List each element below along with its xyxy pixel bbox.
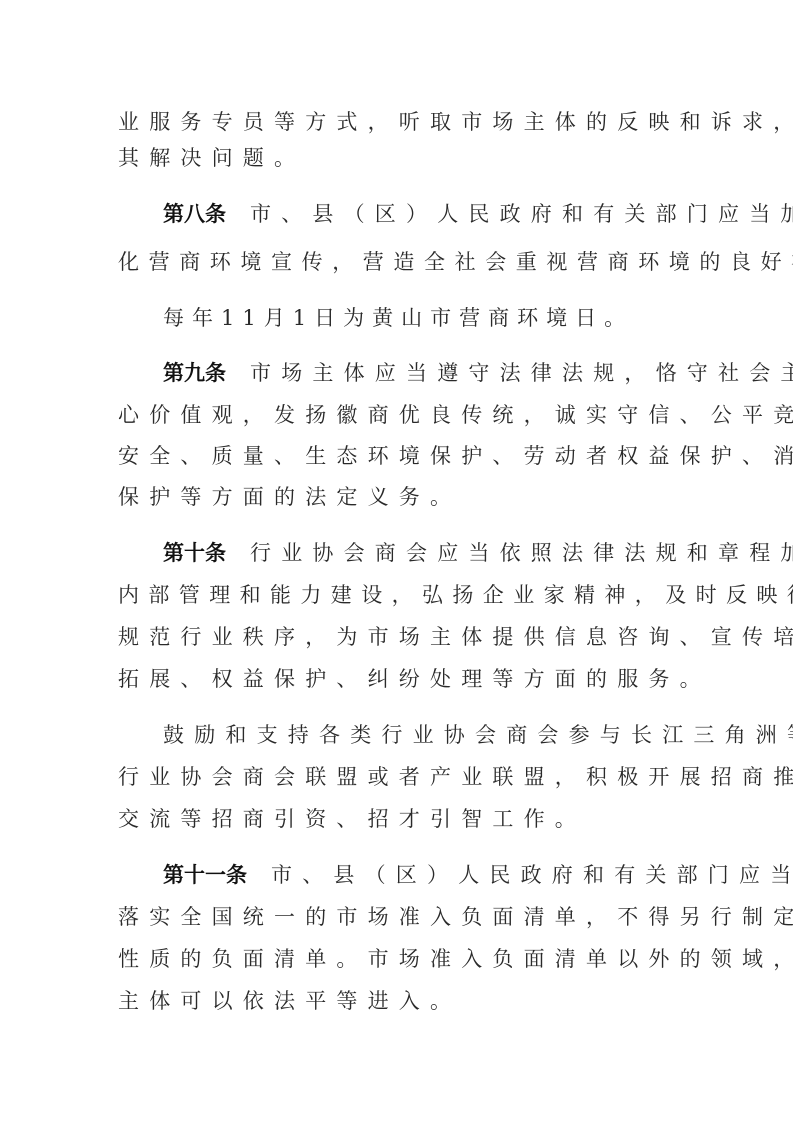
paragraph-line: 性质的负面清单。市场准入负面清单以外的领域，各类市场 [118, 943, 698, 975]
paragraph-line: 心价值观，发扬徽商优良传统，诚实守信、公平竞争，履行 [118, 399, 698, 431]
article-8-line: 第八条市、县（区）人民政府和有关部门应当加强优 [163, 198, 743, 230]
paragraph-line: 其解决问题。 [118, 142, 698, 174]
paragraph-line: 鼓励和支持各类行业协会商会参与长江三角洲等区域 [163, 719, 743, 751]
paragraph-line: 交流等招商引资、招才引智工作。 [118, 803, 698, 835]
article-heading-9: 第九条 [163, 361, 226, 385]
paragraph-line: 安全、质量、生态环境保护、劳动者权益保护、消费者权益 [118, 440, 698, 472]
paragraph-text: 市、县（区）人民政府和有关部门应当严格 [271, 863, 793, 887]
article-heading-8: 第八条 [163, 202, 226, 226]
paragraph-text: 行业协会商会应当依照法律法规和章程加强 [250, 541, 793, 565]
paragraph-text: 市场主体应当遵守法律法规，恪守社会主义核 [250, 361, 793, 385]
article-10-line: 第十条行业协会商会应当依照法律法规和章程加强 [163, 537, 743, 569]
paragraph-line: 业服务专员等方式，听取市场主体的反映和诉求，依法帮助 [118, 106, 698, 138]
document-page: 业服务专员等方式，听取市场主体的反映和诉求，依法帮助 其解决问题。 第八条市、县… [0, 0, 793, 1122]
paragraph-text: 市、县（区）人民政府和有关部门应当加强优 [250, 202, 793, 226]
paragraph-line: 保护等方面的法定义务。 [118, 481, 698, 513]
article-heading-11: 第十一条 [163, 863, 247, 887]
paragraph-line: 行业协会商会联盟或者产业联盟，积极开展招商推介、调研 [118, 761, 698, 793]
paragraph-line: 化营商环境宣传，营造全社会重视营商环境的良好社会生态。 [118, 246, 698, 278]
paragraph-line: 内部管理和能力建设，弘扬企业家精神，及时反映行业诉求， [118, 579, 698, 611]
paragraph-line: 落实全国统一的市场准入负面清单，不得另行制定市场准入 [118, 901, 698, 933]
paragraph-line: 每年11月1日为黄山市营商环境日。 [163, 302, 743, 334]
paragraph-line: 拓展、权益保护、纠纷处理等方面的服务。 [118, 663, 698, 695]
paragraph-line: 规范行业秩序，为市场主体提供信息咨询、宣传培训、市场 [118, 621, 698, 653]
article-11-line: 第十一条市、县（区）人民政府和有关部门应当严格 [163, 859, 743, 891]
article-9-line: 第九条市场主体应当遵守法律法规，恪守社会主义核 [163, 357, 743, 389]
paragraph-line: 主体可以依法平等进入。 [118, 985, 698, 1017]
article-heading-10: 第十条 [163, 541, 226, 565]
